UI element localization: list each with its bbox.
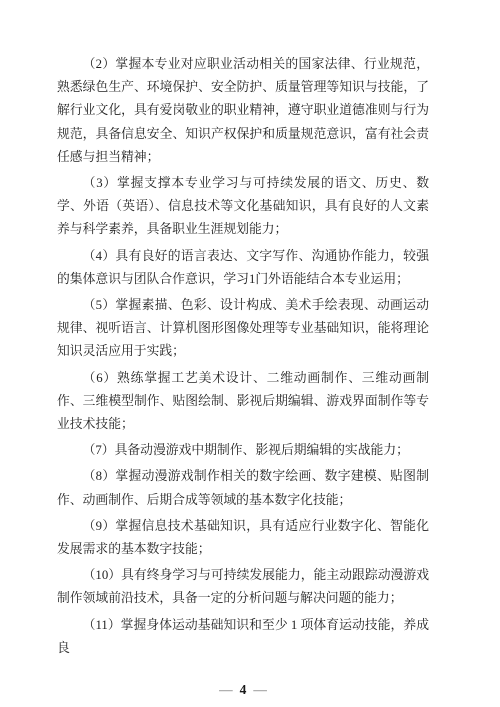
paragraph-item-2: （2）掌握本专业对应职业活动相关的国家法律、行业规范，熟悉绿色生产、环境保护、安… — [57, 53, 429, 169]
document-body: （2）掌握本专业对应职业活动相关的国家法律、行业规范，熟悉绿色生产、环境保护、安… — [57, 53, 429, 700]
page-number-value: 4 — [233, 682, 254, 697]
paragraph-item-6: （6）熟练掌握工艺美术设计、二维动画制作、三维动画制作、三维模型制作、贴图绘制、… — [57, 367, 429, 437]
paragraph-item-3: （3）掌握支撑本专业学习与可持续发展的语文、历史、数学、外语（英语）、信息技术等… — [57, 172, 429, 242]
paragraph-item-8: （8）掌握动漫游戏制作相关的数字绘画、数字建模、贴图制作、动画制作、后期合成等领… — [57, 465, 429, 511]
document-page: （2）掌握本专业对应职业活动相关的国家法律、行业规范，熟悉绿色生产、环境保护、安… — [0, 0, 500, 707]
paragraph-item-4: （4）具有良好的语言表达、文字写作、沟通协作能力，较强的集体意识与团队合作意识，… — [57, 245, 429, 291]
paragraph-item-7: （7）具备动漫游戏中期制作、影视后期编辑的实战能力； — [57, 439, 429, 462]
page-number-dash-left: — — [219, 682, 233, 697]
paragraph-item-10: （10）具有终身学习与可持续发展能力，能主动跟踪动漫游戏制作领域前沿技术，具备一… — [57, 564, 429, 610]
page-number-dash-right: — — [253, 682, 267, 697]
page-number: —4— — [57, 680, 429, 700]
paragraph-item-5: （5）掌握素描、色彩、设计构成、美术手绘表现、动画运动规律、视听语言、计算机图形… — [57, 294, 429, 364]
paragraph-item-11: （11）掌握身体运动基础知识和至少 1 项体育运动技能，养成良 — [57, 614, 429, 660]
paragraph-item-9: （9）掌握信息技术基础知识，具有适应行业数字化、智能化发展需求的基本数字技能； — [57, 515, 429, 561]
